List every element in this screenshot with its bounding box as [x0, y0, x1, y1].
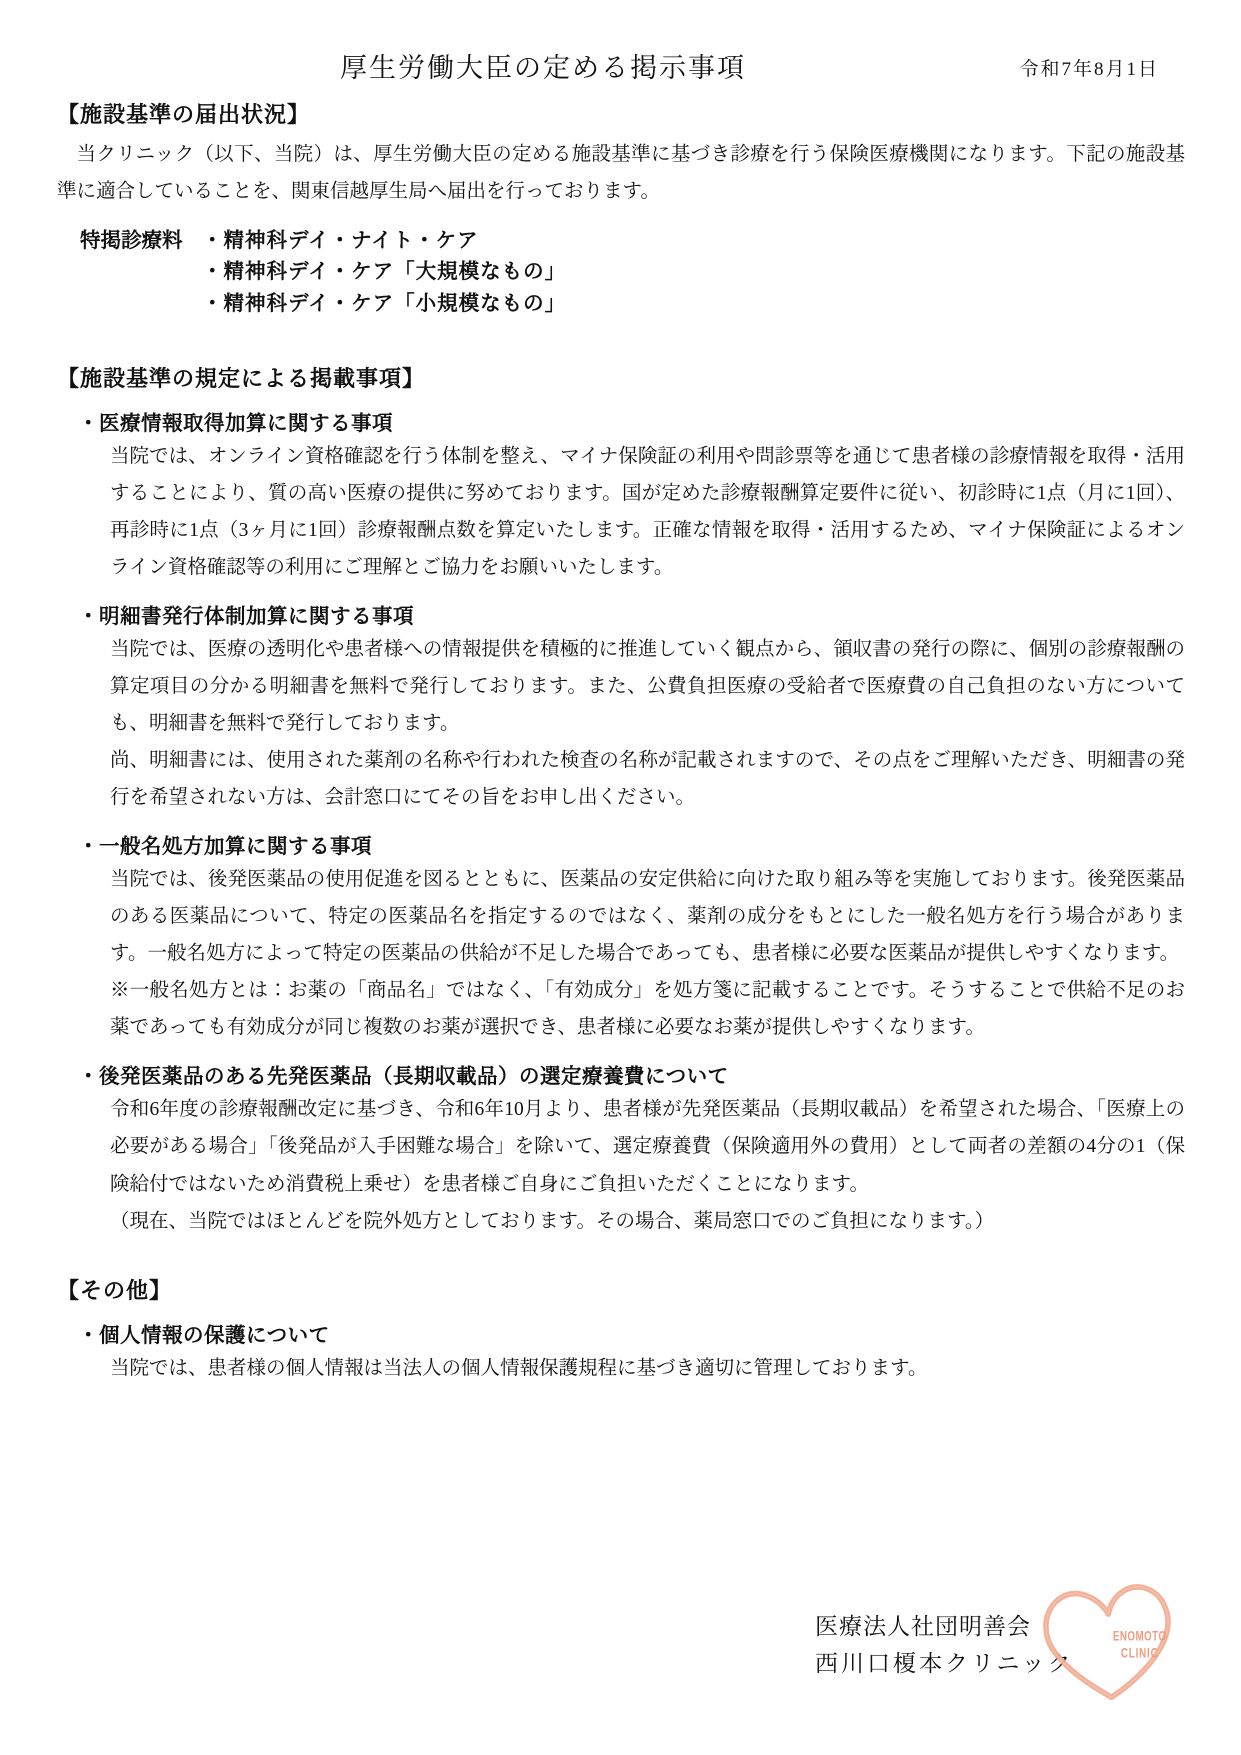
- logo-text-line1: ENOMOTO: [1113, 1629, 1166, 1644]
- page-title: 厚生労働大臣の定める掲示事項: [0, 46, 1107, 85]
- item-medical-info-acquisition: ・医療情報取得加算に関する事項 当院では、オンライン資格確認を行う体制を整え、マ…: [57, 406, 1185, 586]
- paragraph: ※一般名処方とは：お薬の「商品名」ではなく、「有効成分」を処方箋に記載することで…: [110, 972, 1185, 1046]
- section-facility-notification: 【施設基準の届出状況】 当クリニック（以下、当院）は、厚生労働大臣の定める施設基…: [57, 98, 1185, 320]
- item-title: ・一般名処方加算に関する事項: [78, 829, 1185, 859]
- item-body: 当院では、オンライン資格確認を行う体制を整え、マイナ保険証の利用や問診票等を通じ…: [110, 438, 1185, 586]
- special-fee-list: ・精神科デイ・ナイト・ケア ・精神科デイ・ケア「大規模なもの」 ・精神科デイ・ケ…: [202, 226, 566, 319]
- facility-intro-paragraph: 当クリニック（以下、当院）は、厚生労働大臣の定める施設基準に基づき診療を行う保険…: [57, 137, 1185, 210]
- item-personal-info-protection: ・個人情報の保護について 当院では、患者様の個人情報は当法人の個人情報保護規程に…: [57, 1318, 1185, 1387]
- special-fee-block: 特掲診療料 ・精神科デイ・ナイト・ケア ・精神科デイ・ケア「大規模なもの」 ・精…: [80, 226, 1185, 319]
- medical-corporation-name: 医療法人社団明善会: [815, 1608, 1074, 1645]
- item-itemized-receipt: ・明細書発行体制加算に関する事項 当院では、医療の透明化や患者様への情報提供を積…: [57, 599, 1185, 816]
- item-title: ・医療情報取得加算に関する事項: [78, 406, 1185, 436]
- item-long-listed-drug-fee: ・後発医薬品のある先発医薬品（長期収載品）の選定療養費について 令和6年度の診療…: [57, 1059, 1185, 1239]
- item-title: ・後発医薬品のある先発医薬品（長期収載品）の選定療養費について: [78, 1059, 1185, 1089]
- document-page: 厚生労働大臣の定める掲示事項 令和7年8月1日 【施設基準の届出状況】 当クリニ…: [0, 0, 1241, 1755]
- item-title: ・明細書発行体制加算に関する事項: [78, 599, 1185, 629]
- special-fee-item: ・精神科デイ・ケア「小規模なもの」: [202, 289, 566, 320]
- special-fee-item: ・精神科デイ・ケア「大規模なもの」: [202, 257, 566, 288]
- item-body: 当院では、医療の透明化や患者様への情報提供を積極的に推進していく観点から、領収書…: [110, 631, 1185, 816]
- section-posted-matters: 【施設基準の規定による掲載事項】 ・医療情報取得加算に関する事項 当院では、オン…: [57, 362, 1185, 1240]
- posted-matters-heading: 【施設基準の規定による掲載事項】: [57, 362, 1185, 393]
- item-generic-name-prescription: ・一般名処方加算に関する事項 当院では、後発医薬品の使用促進を図るとともに、医薬…: [57, 829, 1185, 1046]
- paragraph: 尚、明細書には、使用された薬剤の名称や行われた検査の名称が記載されますので、その…: [110, 742, 1185, 816]
- section-others: 【その他】 ・個人情報の保護について 当院では、患者様の個人情報は当法人の個人情…: [57, 1274, 1185, 1387]
- special-fee-item: ・精神科デイ・ナイト・ケア: [202, 226, 566, 257]
- item-body: 令和6年度の診療報酬改定に基づき、令和6年10月より、患者様が先発医薬品（長期収…: [110, 1091, 1185, 1239]
- paragraph: 当院では、後発医薬品の使用促進を図るとともに、医薬品の安定供給に向けた取り組み等…: [110, 861, 1185, 972]
- paragraph: 当院では、オンライン資格確認を行う体制を整え、マイナ保険証の利用や問診票等を通じ…: [110, 438, 1185, 586]
- item-body: 当院では、後発医薬品の使用促進を図るとともに、医薬品の安定供給に向けた取り組み等…: [110, 861, 1185, 1046]
- others-heading: 【その他】: [57, 1274, 1185, 1305]
- document-date: 令和7年8月1日: [1019, 54, 1159, 81]
- clinic-name: 西川口榎本クリニック: [815, 1645, 1074, 1682]
- special-fee-label: 特掲診療料: [80, 226, 202, 257]
- document-header: 厚生労働大臣の定める掲示事項 令和7年8月1日: [57, 44, 1185, 92]
- paragraph: 当院では、医療の透明化や患者様への情報提供を積極的に推進していく観点から、領収書…: [110, 631, 1185, 742]
- paragraph: 当院では、患者様の個人情報は当法人の個人情報保護規程に基づき適切に管理しておりま…: [110, 1350, 1185, 1387]
- facility-section-heading: 【施設基準の届出状況】: [57, 98, 1185, 129]
- item-title: ・個人情報の保護について: [78, 1318, 1185, 1348]
- item-body: 当院では、患者様の個人情報は当法人の個人情報保護規程に基づき適切に管理しておりま…: [110, 1350, 1185, 1387]
- paragraph: 令和6年度の診療報酬改定に基づき、令和6年10月より、患者様が先発医薬品（長期収…: [110, 1091, 1185, 1202]
- paragraph: （現在、当院ではほとんどを院外処方としております。その場合、薬局窓口でのご負担に…: [110, 1203, 1185, 1240]
- logo-text-line2: CLINIC: [1121, 1646, 1159, 1661]
- footer-signature: 医療法人社団明善会 西川口榎本クリニック: [815, 1608, 1074, 1683]
- clinic-heart-logo: ENOMOTO CLINIC: [1038, 1578, 1184, 1710]
